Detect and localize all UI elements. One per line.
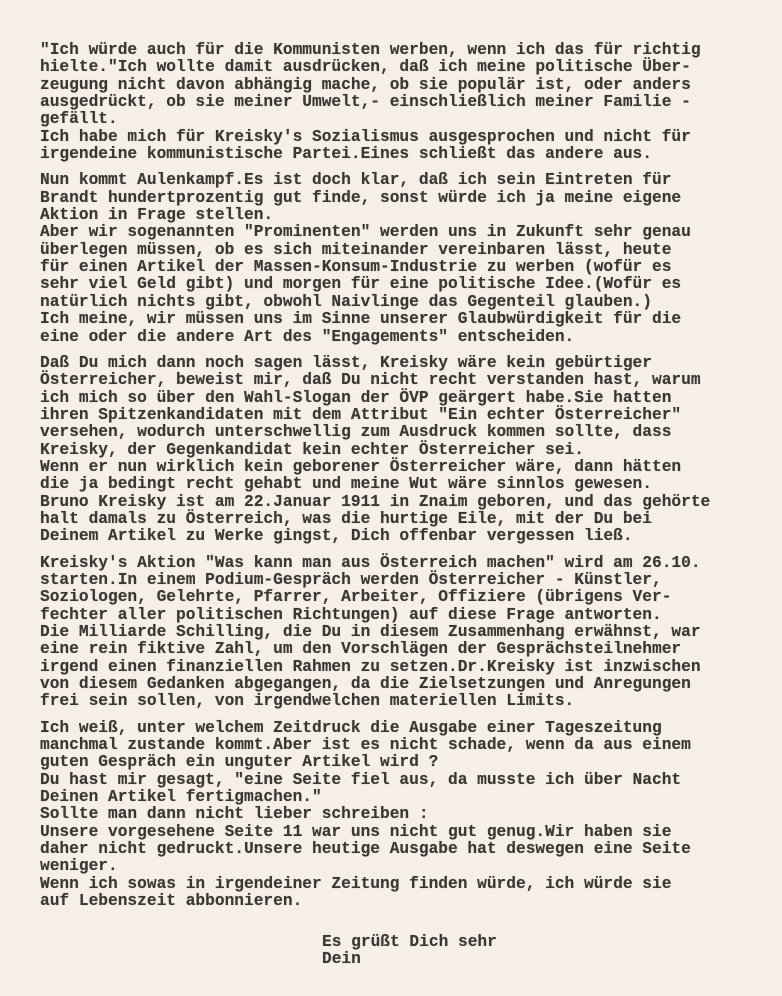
closing-greeting: Es grüßt Dich sehr	[322, 934, 780, 951]
text-line: natürlich nichts gibt, obwohl Naivlinge …	[40, 294, 780, 311]
text-line: Deinen Artikel fertigmachen."	[40, 789, 780, 806]
text-line: Brandt hundertprozentig gut finde, sonst…	[40, 190, 780, 207]
paragraph: "Ich würde auch für die Kommunisten werb…	[40, 42, 780, 163]
text-line: Aktion in Frage stellen.	[40, 207, 780, 224]
text-line: versehen, wodurch unterschwellig zum Aus…	[40, 424, 780, 441]
text-line: Österreicher, beweist mir, daß Du nicht …	[40, 372, 780, 389]
text-line: von diesem Gedanken abgegangen, da die Z…	[40, 676, 780, 693]
text-line: daher nicht gedruckt.Unsere heutige Ausg…	[40, 841, 780, 858]
text-line: ich mich so über den Wahl-Slogan der ÖVP…	[40, 390, 780, 407]
text-line: die ja bedingt recht gehabt und meine Wu…	[40, 476, 780, 493]
text-line: für einen Artikel der Massen-Konsum-Indu…	[40, 259, 780, 276]
text-line: irgend einen finanziellen Rahmen zu setz…	[40, 659, 780, 676]
text-line: zeugung nicht davon abhängig mache, ob s…	[40, 77, 780, 94]
text-line: "Ich würde auch für die Kommunisten werb…	[40, 42, 780, 59]
text-line: Sollte man dann nicht lieber schreiben :	[40, 806, 780, 823]
text-line: Bruno Kreisky ist am 22.Januar 1911 in Z…	[40, 494, 780, 511]
text-line: weniger.	[40, 858, 780, 875]
text-line: Soziologen, Gelehrte, Pfarrer, Arbeiter,…	[40, 589, 780, 606]
text-line: Nun kommt Aulenkampf.Es ist doch klar, d…	[40, 172, 780, 189]
text-line: überlegen müssen, ob es sich miteinander…	[40, 242, 780, 259]
paragraph: Daß Du mich dann noch sagen lässt, Kreis…	[40, 355, 780, 546]
closing-signoff: Dein	[322, 951, 780, 968]
text-line: Kreisky, der Gegenkandidat kein echter Ö…	[40, 442, 780, 459]
text-line: Kreisky's Aktion "Was kann man aus Öster…	[40, 555, 780, 572]
text-line: sehr viel Geld gibt) und morgen für eine…	[40, 276, 780, 293]
text-line: irgendeine kommunistische Partei.Eines s…	[40, 146, 780, 163]
text-line: guten Gespräch ein unguter Artikel wird …	[40, 754, 780, 771]
text-line: gefällt.	[40, 111, 780, 128]
text-line: Die Milliarde Schilling, die Du in diese…	[40, 624, 780, 641]
paragraph: Kreisky's Aktion "Was kann man aus Öster…	[40, 555, 780, 711]
text-line: frei sein sollen, von irgendwelchen mate…	[40, 693, 780, 710]
text-line: Du hast mir gesagt, "eine Seite fiel aus…	[40, 772, 780, 789]
text-line: ihren Spitzenkandidaten mit dem Attribut…	[40, 407, 780, 424]
letter-closing: Es grüßt Dich sehr Dein	[40, 934, 780, 969]
text-line: auf Lebenszeit abbonnieren.	[40, 893, 780, 910]
text-line: Ich weiß, unter welchem Zeitdruck die Au…	[40, 720, 780, 737]
paragraph: Nun kommt Aulenkampf.Es ist doch klar, d…	[40, 172, 780, 345]
typewritten-letter: "Ich würde auch für die Kommunisten werb…	[40, 42, 780, 968]
text-line: eine oder die andere Art des "Engagement…	[40, 329, 780, 346]
text-line: hielte."Ich wollte damit ausdrücken, daß…	[40, 59, 780, 76]
text-line: Unsere vorgesehene Seite 11 war uns nich…	[40, 824, 780, 841]
text-line: Daß Du mich dann noch sagen lässt, Kreis…	[40, 355, 780, 372]
text-line: Ich meine, wir müssen uns im Sinne unser…	[40, 311, 780, 328]
text-line: Wenn er nun wirklich kein geborener Öste…	[40, 459, 780, 476]
text-line: ausgedrückt, ob sie meiner Umwelt,- eins…	[40, 94, 780, 111]
paragraph: Ich weiß, unter welchem Zeitdruck die Au…	[40, 720, 780, 911]
text-line: Ich habe mich für Kreisky's Sozialismus …	[40, 129, 780, 146]
text-line: fechter aller politischen Richtungen) au…	[40, 607, 780, 624]
text-line: Deinem Artikel zu Werke gingst, Dich off…	[40, 528, 780, 545]
letter-body: "Ich würde auch für die Kommunisten werb…	[40, 42, 780, 911]
text-line: Wenn ich sowas in irgendeiner Zeitung fi…	[40, 876, 780, 893]
text-line: eine rein fiktive Zahl, um den Vorschläg…	[40, 641, 780, 658]
text-line: manchmal zustande kommt.Aber ist es nich…	[40, 737, 780, 754]
text-line: starten.In einem Podium-Gespräch werden …	[40, 572, 780, 589]
text-line: Aber wir sogenannten "Prominenten" werde…	[40, 224, 780, 241]
text-line: halt damals zu Österreich, was die hurti…	[40, 511, 780, 528]
